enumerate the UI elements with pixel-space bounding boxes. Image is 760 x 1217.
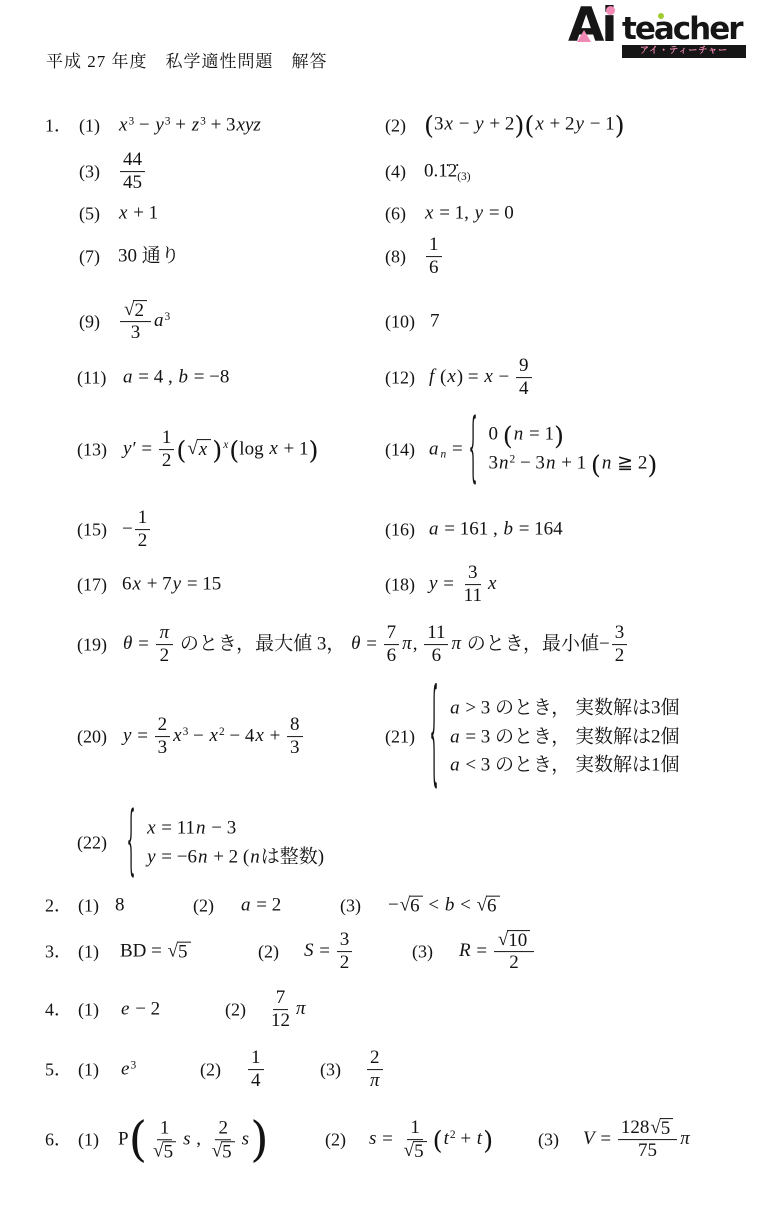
answer-math: a = 4 , b = −8 bbox=[122, 366, 229, 391]
answer-label: 2． bbox=[45, 894, 72, 917]
answer-label: (21) bbox=[385, 725, 415, 748]
answer-label: 5． bbox=[45, 1058, 72, 1081]
answer-math: e3 bbox=[120, 1058, 136, 1083]
answer-label: (10) bbox=[385, 310, 415, 333]
answer-label: (15) bbox=[77, 518, 107, 541]
answer-math: R = √102 bbox=[458, 929, 536, 975]
answer-math: f (x) = x − 94 bbox=[428, 355, 534, 401]
answer-math: x = 1, y = 0 bbox=[424, 202, 514, 227]
answer-math: −12 bbox=[122, 507, 152, 553]
answer-math: 2π bbox=[364, 1047, 386, 1093]
answer-math: {x = 11n − 3y = −6n + 2 (nは整数) bbox=[125, 815, 324, 872]
logo-pink-triangle-icon bbox=[577, 30, 591, 42]
answer-label: (12) bbox=[385, 366, 415, 389]
answer-math: y′ = 12(√x)x(log x + 1) bbox=[122, 427, 319, 473]
answer-label: (1) bbox=[78, 1058, 99, 1081]
answer-math: 712π bbox=[266, 987, 307, 1033]
answer-label: (3) bbox=[340, 894, 361, 917]
answer-math: x3 − y3 + z3 + 3xyz bbox=[118, 114, 262, 139]
answer-label: 4． bbox=[45, 998, 72, 1021]
answer-label: (2) bbox=[385, 114, 406, 137]
answer-math: 0.1̇2̇(3) bbox=[424, 160, 471, 185]
answer-math: (3x − y + 2)(x + 2y − 1) bbox=[424, 112, 625, 139]
answer-math: BD = √5 bbox=[120, 940, 192, 965]
answer-math: y = 311x bbox=[428, 562, 497, 608]
answer-math: P(1√5s , 2√5s) bbox=[118, 1116, 269, 1164]
answer-label: (20) bbox=[77, 725, 107, 748]
answer-label: 3． bbox=[45, 940, 72, 963]
logo-pink-dot-icon bbox=[606, 6, 615, 15]
answer-math: S = 32 bbox=[303, 929, 354, 975]
answer-label: (3) bbox=[320, 1058, 341, 1081]
answer-math: −√6 < b < √6 bbox=[388, 894, 501, 919]
answer-label: 6． bbox=[45, 1128, 72, 1151]
answer-math: θ = π2 のとき，最大値 3， θ = 76π, 116π のとき，最小値−… bbox=[122, 622, 629, 668]
answer-label: (22) bbox=[77, 831, 107, 854]
answer-math: 4445 bbox=[118, 149, 147, 195]
answer-label: (13) bbox=[77, 438, 107, 461]
answer-label: (8) bbox=[385, 245, 406, 268]
answer-label: (3) bbox=[79, 160, 100, 183]
logo-katakana-text: アイ・ティーチャー bbox=[640, 47, 728, 56]
answer-math: √23a3 bbox=[118, 299, 170, 345]
answer-label: (17) bbox=[77, 573, 107, 596]
answer-label: (3) bbox=[538, 1128, 559, 1151]
answer-math: a = 161 , b = 164 bbox=[428, 518, 563, 543]
answer-math: a = 2 bbox=[240, 894, 281, 919]
answer-math: an = {0 (n = 1)3n2 − 3n + 1 (n ≧ 2) bbox=[428, 421, 657, 480]
answer-math: 14 bbox=[246, 1047, 266, 1093]
answer-label: 1． bbox=[45, 114, 72, 137]
answer-math: e − 2 bbox=[120, 998, 160, 1023]
answer-label: (14) bbox=[385, 438, 415, 461]
answer-label: (16) bbox=[385, 518, 415, 541]
logo-katakana-bar: アイ・ティーチャー bbox=[622, 45, 746, 58]
answer-label: (11) bbox=[77, 366, 106, 389]
answer-label: (1) bbox=[78, 894, 99, 917]
answer-label: (2) bbox=[193, 894, 214, 917]
answer-label: (3) bbox=[412, 940, 433, 963]
answer-label: (4) bbox=[385, 160, 406, 183]
answer-math: V = 128√575π bbox=[582, 1117, 691, 1163]
answer-math: 30 通り bbox=[118, 245, 180, 270]
answer-label: (5) bbox=[79, 202, 100, 225]
answer-label: (7) bbox=[79, 245, 100, 268]
answer-math: 7 bbox=[430, 310, 440, 335]
answer-label: (1) bbox=[78, 1128, 99, 1151]
answer-sheet-page: Ai teacher アイ・ティーチャー 平成 27 年度 私学適性問題 解答 … bbox=[0, 0, 760, 1217]
answer-math: 6x + 7y = 15 bbox=[122, 573, 221, 598]
answer-label: (2) bbox=[325, 1128, 346, 1151]
page-title: 平成 27 年度 私学適性問題 解答 bbox=[46, 47, 328, 72]
answer-label: (18) bbox=[385, 573, 415, 596]
answer-math: s = 1√5(t2 + t) bbox=[368, 1117, 493, 1163]
answer-label: (9) bbox=[79, 310, 100, 333]
answer-label: (2) bbox=[258, 940, 279, 963]
ai-teacher-logo: Ai teacher アイ・ティーチャー bbox=[568, 6, 746, 60]
answer-math: {a > 3 のとき， 実数解は3個a = 3 のとき， 実数解は2個a < 3… bbox=[428, 694, 680, 780]
answer-label: (1) bbox=[78, 998, 99, 1021]
answer-label: (2) bbox=[200, 1058, 221, 1081]
answer-math: y = 23x3 − x2 − 4x + 83 bbox=[122, 714, 305, 760]
answer-label: (19) bbox=[77, 633, 107, 656]
answer-label: (6) bbox=[385, 202, 406, 225]
answer-math: 16 bbox=[424, 234, 444, 280]
answer-math: x + 1 bbox=[118, 202, 158, 227]
answer-math: 8 bbox=[115, 894, 125, 919]
answer-label: (1) bbox=[78, 940, 99, 963]
logo-teacher-text: teacher bbox=[622, 11, 742, 47]
answer-label: (2) bbox=[225, 998, 246, 1021]
answer-label: (1) bbox=[79, 114, 100, 137]
logo-green-dot-icon bbox=[658, 13, 664, 19]
